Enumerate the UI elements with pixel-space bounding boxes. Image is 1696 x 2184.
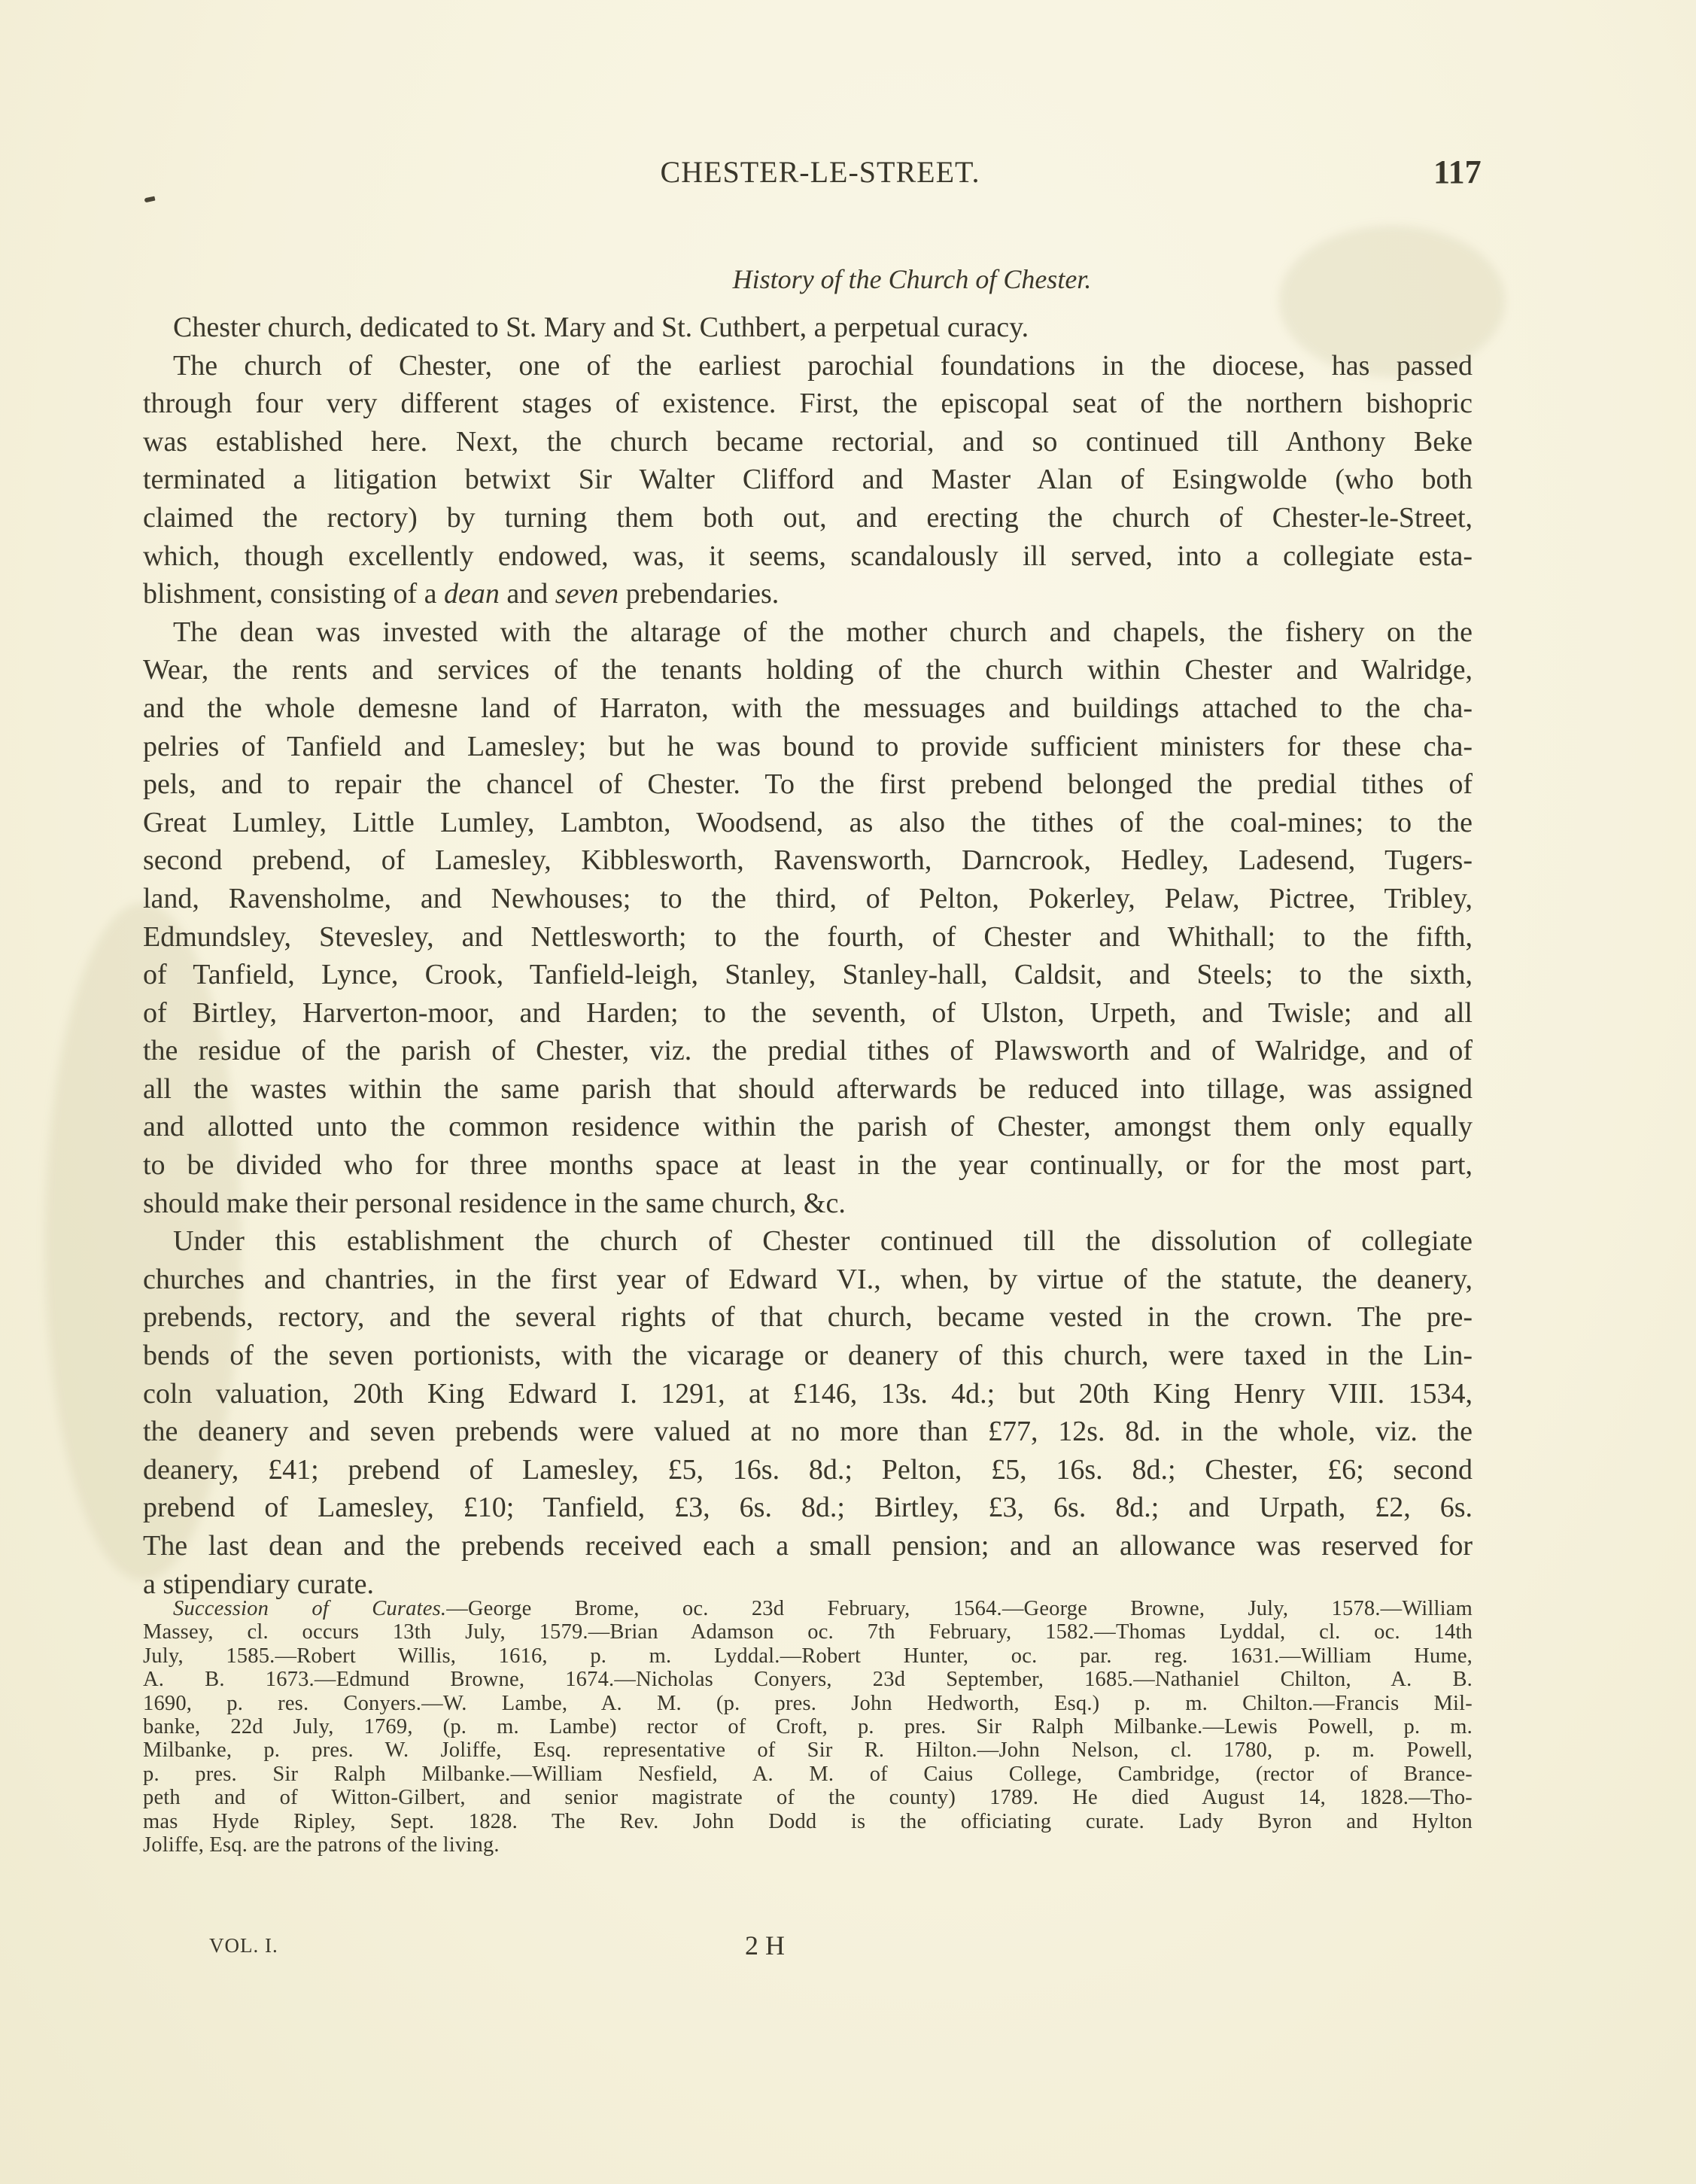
body-text-span: and — [500, 578, 555, 610]
footnote-line: Massey, cl. occurs 13th July, 1579.—Bria… — [143, 1620, 1473, 1644]
body-line: pelries of Tanfield and Lamesley; but he… — [143, 728, 1473, 766]
footnote-label: Succession of Curates. — [173, 1597, 446, 1620]
body-line: blishment, consisting of a dean and seve… — [143, 575, 1473, 613]
body-line: prebends, rectory, and the several right… — [143, 1298, 1473, 1337]
body-line: all the wastes within the same parish th… — [143, 1070, 1473, 1109]
italic-word: dean — [444, 578, 500, 610]
page-number: 117 — [1433, 153, 1482, 191]
section-heading: History of the Church of Chester. — [0, 263, 1696, 295]
body-line: of Tanfield, Lynce, Crook, Tanfield-leig… — [143, 956, 1473, 994]
body-line: bends of the seven portionists, with the… — [143, 1337, 1473, 1375]
body-line: prebend of Lamesley, £10; Tanfield, £3, … — [143, 1489, 1473, 1527]
body-line: Under this establishment the church of C… — [143, 1222, 1473, 1261]
italic-word: seven — [555, 578, 619, 610]
running-title: CHESTER-LE-STREET. — [625, 154, 1016, 190]
footnote-line: peth and of Witton-Gilbert, and senior m… — [143, 1786, 1473, 1809]
body-line: the residue of the parish of Chester, vi… — [143, 1032, 1473, 1070]
body-text-span: prebendaries. — [619, 578, 779, 610]
body-line: through four very different stages of ex… — [143, 385, 1473, 423]
footnote-line: Succession of Curates.—George Brome, oc.… — [143, 1597, 1473, 1620]
body-line: coln valuation, 20th King Edward I. 1291… — [143, 1375, 1473, 1413]
body-line: The dean was invested with the altarage … — [143, 613, 1473, 652]
body-line: was established here. Next, the church b… — [143, 423, 1473, 461]
footnote-line: Joliffe, Esq. are the patrons of the liv… — [143, 1833, 1473, 1857]
body-line: claimed the rectory) by turning them bot… — [143, 499, 1473, 537]
body-line: should make their personal residence in … — [143, 1185, 1473, 1223]
footnote-text: —George Brome, oc. 23d February, 1564.—G… — [446, 1597, 1473, 1620]
body-line: deanery, £41; prebend of Lamesley, £5, 1… — [143, 1451, 1473, 1489]
body-line: terminated a litigation betwixt Sir Walt… — [143, 461, 1473, 499]
signature-line: VOL. I. 2 H — [0, 1934, 1696, 1964]
footnote-block: Succession of Curates.—George Brome, oc.… — [143, 1597, 1473, 1857]
body-line: pels, and to repair the chancel of Chest… — [143, 765, 1473, 804]
body-line: Wear, the rents and services of the tena… — [143, 651, 1473, 689]
footnote-line: p. pres. Sir Ralph Milbanke.—William Nes… — [143, 1763, 1473, 1786]
footnote-line: banke, 22d July, 1769, (p. m. Lambe) rec… — [143, 1715, 1473, 1738]
body-line: churches and chantries, in the first yea… — [143, 1261, 1473, 1299]
body-line: of Birtley, Harverton-moor, and Harden; … — [143, 994, 1473, 1033]
body-line: The last dean and the prebends received … — [143, 1527, 1473, 1565]
footnote-line: 1690, p. res. Conyers.—W. Lambe, A. M. (… — [143, 1692, 1473, 1715]
footnote-line: Milbanke, p. pres. W. Joliffe, Esq. repr… — [143, 1738, 1473, 1762]
body-text-span: blishment, consisting of a — [143, 578, 444, 610]
body-line: and the whole demesne land of Harraton, … — [143, 689, 1473, 728]
running-head: CHESTER-LE-STREET. 117 — [0, 154, 1696, 199]
footnote-line: A. B. 1673.—Edmund Browne, 1674.—Nichola… — [143, 1668, 1473, 1691]
footnote-line: July, 1585.—Robert Willis, 1616, p. m. L… — [143, 1644, 1473, 1668]
body-line: Chester church, dedicated to St. Mary an… — [143, 309, 1473, 347]
body-line: to be divided who for three months space… — [143, 1146, 1473, 1185]
body-line: The church of Chester, one of the earlie… — [143, 347, 1473, 385]
signature-mark: 2 H — [745, 1930, 785, 1961]
volume-label: VOL. I. — [209, 1934, 278, 1957]
body-line: Edmundsley, Stevesley, and Nettlesworth;… — [143, 918, 1473, 957]
body-line: the deanery and seven prebends were valu… — [143, 1413, 1473, 1451]
ink-mark — [144, 196, 156, 203]
body-line: second prebend, of Lamesley, Kibbleswort… — [143, 841, 1473, 880]
book-page: CHESTER-LE-STREET. 117 History of the Ch… — [0, 0, 1696, 2184]
body-line: Great Lumley, Little Lumley, Lambton, Wo… — [143, 804, 1473, 842]
body-text: Chester church, dedicated to St. Mary an… — [143, 309, 1473, 1603]
body-line: and allotted unto the common residence w… — [143, 1108, 1473, 1146]
footnote-line: mas Hyde Ripley, Sept. 1828. The Rev. Jo… — [143, 1810, 1473, 1833]
body-line: which, though excellently endowed, was, … — [143, 537, 1473, 576]
body-line: land, Ravensholme, and Newhouses; to the… — [143, 880, 1473, 918]
